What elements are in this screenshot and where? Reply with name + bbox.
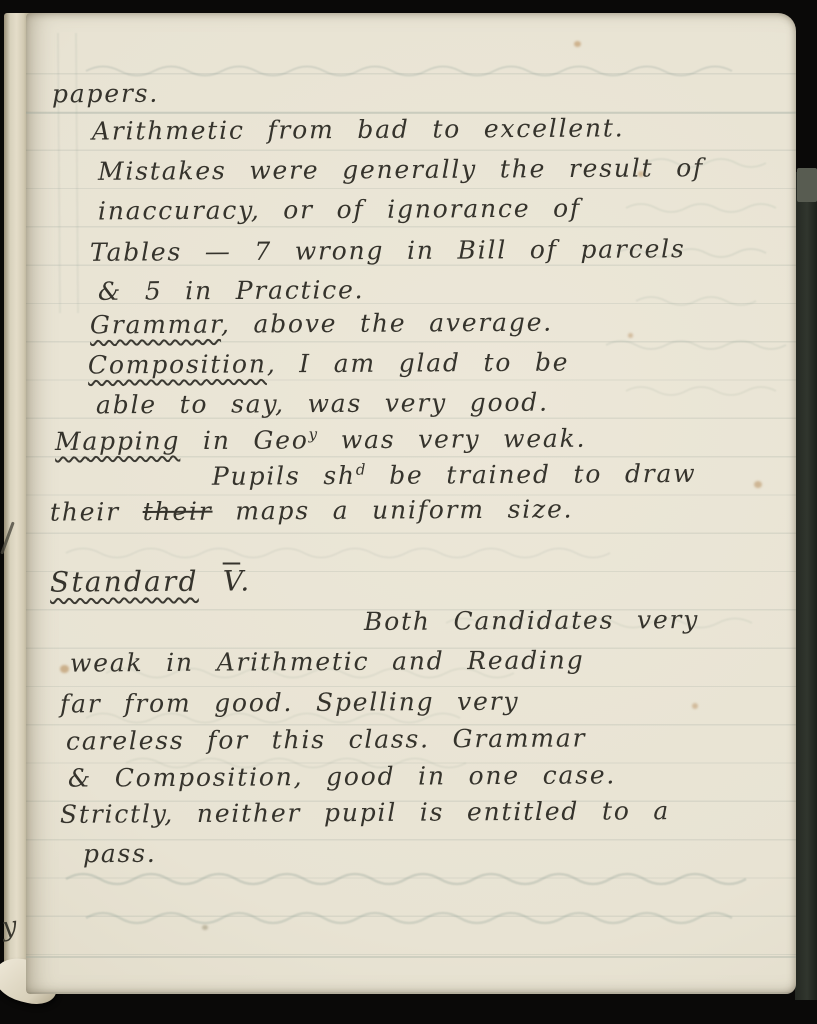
handwritten-line: papers. (52, 79, 159, 109)
handwritten-text-underlined: Composition (88, 349, 267, 379)
handwritten-text: Mistakes were generally the result of (98, 153, 704, 186)
handwritten-line: able to say, was very good. (96, 388, 549, 420)
foxing-spot (60, 665, 69, 673)
handwritten-line: far from good. Spelling very (60, 687, 519, 719)
foxing-spot (628, 333, 633, 338)
handwritten-line: Strictly, neither pupil is entitled to a (60, 796, 670, 829)
handwritten-line: weak in Arithmetic and Reading (70, 645, 585, 677)
handwritten-line: Both Candidates very (364, 605, 699, 636)
handwritten-text: inaccuracy, or of ignorance of (98, 194, 581, 226)
handwritten-line: their their maps a uniform size. (50, 494, 574, 526)
handwritten-line: pass. (83, 839, 157, 868)
handwritten-text: careless for this class. Grammar (66, 723, 586, 755)
handwritten-line: Mapping in Geoy was very weak. (55, 423, 586, 456)
book-cover-clasp (797, 168, 817, 202)
handwritten-superscript: d (356, 461, 367, 479)
handwritten-line: & 5 in Practice. (98, 275, 365, 306)
handwritten-text: maps a uniform size. (212, 494, 573, 525)
handwritten-line: Composition, I am glad to be (88, 348, 570, 380)
roman-numeral: V (223, 564, 241, 597)
handwritten-text-underlined: Standard (50, 565, 199, 599)
handwritten-text-underlined: Grammar (90, 310, 221, 340)
handwritten-text: Tables — 7 wrong in Bill of parcels (90, 234, 686, 267)
handwritten-text: able to say, was very good. (96, 388, 549, 420)
foxing-spot (202, 925, 208, 930)
handwritten-line: careless for this class. Grammar (66, 723, 586, 755)
handwritten-text: Arithmetic from bad to excellent. (92, 113, 625, 145)
handwritten-line: Arithmetic from bad to excellent. (92, 113, 625, 145)
handwritten-text: papers. (52, 79, 159, 109)
handwritten-text: in Geo (180, 425, 309, 455)
handwritten-text: pass. (83, 839, 157, 868)
handwritten-line: & Composition, good in one case. (68, 760, 616, 792)
foxing-spot (754, 481, 762, 488)
handwritten-line: Grammar, above the average. (90, 308, 553, 340)
handwritten-text: Pupils sh (212, 461, 356, 491)
handwritten-text: , I am glad to be (267, 348, 570, 379)
book-cover-edge (795, 172, 817, 1000)
handwritten-text-struck: their (143, 497, 213, 526)
foxing-spot (574, 41, 581, 47)
handwritten-text: , above the average. (221, 308, 553, 339)
handwritten-text: weak in Arithmetic and Reading (70, 645, 585, 677)
handwritten-text: far from good. Spelling very (60, 687, 519, 719)
section-heading: Standard V. (50, 564, 252, 598)
handwritten-text: their (50, 497, 143, 527)
handwritten-text: be trained to draw (366, 459, 696, 490)
notebook-page: papers. Arithmetic from bad to excellent… (26, 13, 796, 994)
handwritten-superscript: y (309, 425, 319, 443)
handwritten-text: was very weak. (318, 424, 586, 455)
handwritten-line: Tables — 7 wrong in Bill of parcels (90, 234, 686, 267)
handwritten-line: inaccuracy, or of ignorance of (98, 194, 581, 226)
handwritten-text-underlined: Mapping (55, 426, 180, 456)
handwritten-text: & Composition, good in one case. (68, 760, 616, 792)
foxing-spot (692, 703, 698, 709)
handwritten-text: Both Candidates very (364, 605, 699, 636)
handwritten-text (199, 565, 223, 598)
handwritten-text: Strictly, neither pupil is entitled to a (60, 796, 670, 829)
handwritten-line: Mistakes were generally the result of (98, 153, 704, 186)
handwritten-line: Pupils shd be trained to draw (212, 459, 697, 491)
handwritten-text: & 5 in Practice. (98, 275, 365, 306)
handwritten-text: . (240, 564, 251, 597)
